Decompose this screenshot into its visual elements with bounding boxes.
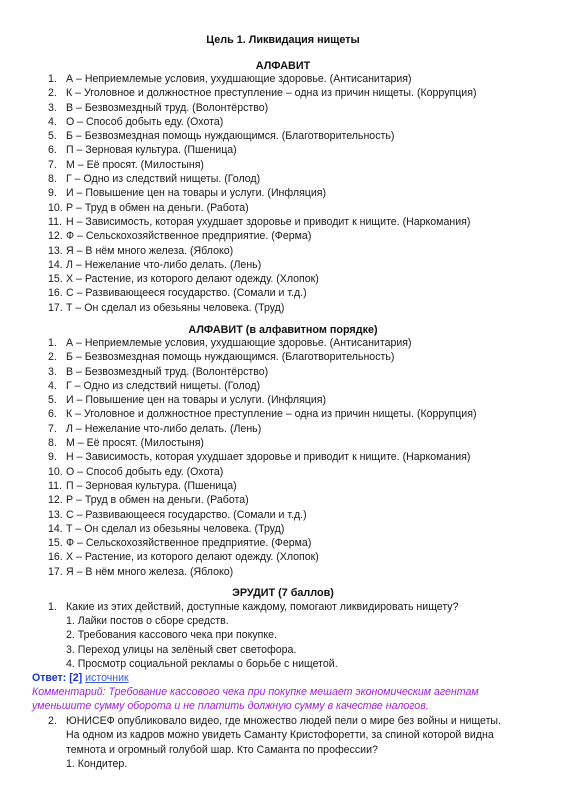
list-item: 15.Х – Растение, из которого делают одеж… — [48, 272, 476, 286]
item-number: 12. — [48, 229, 66, 243]
item-number: 12. — [48, 493, 66, 507]
item-number: 7. — [48, 158, 66, 172]
list-item: 12.Р – Труд в обмен на деньги. (Работа) — [48, 493, 476, 507]
item-text: Г – Одно из следствий нищеты. (Голод) — [66, 380, 260, 392]
list-item: 3.В – Безвозмездный труд. (Волонтёрство) — [48, 101, 476, 115]
list-item: 10.Р – Труд в обмен на деньги. (Работа) — [48, 201, 476, 215]
answer-option: 3. Переход улицы на зелёный свет светофо… — [66, 643, 338, 657]
item-number: 3. — [48, 101, 66, 115]
item-text: Р – Труд в обмен на деньги. (Работа) — [66, 202, 249, 214]
item-text: Н – Зависимость, которая ухудшает здоров… — [66, 216, 470, 228]
question-1-options: 1. Лайки постов о сборе средств.2. Требо… — [66, 614, 338, 671]
list-item: 1.А – Неприемлемые условия, ухудшающие з… — [48, 336, 476, 350]
question-1: 1.Какие из этих действий, доступные кажд… — [48, 600, 459, 614]
item-text: И – Повышение цен на товары и услуги. (И… — [66, 187, 326, 199]
list-item: 4.Г – Одно из следствий нищеты. (Голод) — [48, 379, 476, 393]
list-item: 17.Я – В нём много железа. (Яблоко) — [48, 565, 476, 579]
item-text: В – Безвозмездный труд. (Волонтёрство) — [66, 366, 268, 378]
item-number: 4. — [48, 115, 66, 129]
item-text: П – Зерновая культура. (Пшеница) — [66, 144, 237, 156]
item-text: Г – Одно из следствий нищеты. (Голод) — [66, 173, 260, 185]
list-item: 7.Л – Нежелание что-либо делать. (Лень) — [48, 422, 476, 436]
item-number: 16. — [48, 550, 66, 564]
item-text: П – Зерновая культура. (Пшеница) — [66, 480, 237, 492]
list-item: 6.П – Зерновая культура. (Пшеница) — [48, 143, 476, 157]
item-number: 13. — [48, 508, 66, 522]
item-number: 11. — [48, 215, 66, 229]
item-text: Х – Растение, из которого делают одежду.… — [66, 551, 319, 563]
item-text: А – Неприемлемые условия, ухудшающие здо… — [66, 73, 412, 85]
list-item: 11.Н – Зависимость, которая ухудшает здо… — [48, 215, 476, 229]
answer-option: 2. Требования кассового чека при покупке… — [66, 628, 338, 642]
list-item: 8.М – Её просят. (Милостыня) — [48, 436, 476, 450]
item-number: 17. — [48, 565, 66, 579]
item-text: Я – В нём много железа. (Яблоко) — [66, 245, 233, 257]
item-number: 13. — [48, 244, 66, 258]
item-text: Л – Нежелание что-либо делать. (Лень) — [66, 423, 261, 435]
item-text: И – Повышение цен на товары и услуги. (И… — [66, 394, 326, 406]
list-item: 16.Х – Растение, из которого делают одеж… — [48, 550, 476, 564]
answer-option: 4. Просмотр социальной рекламы о борьбе … — [66, 657, 338, 671]
list-item: 1.А – Неприемлемые условия, ухудшающие з… — [48, 72, 476, 86]
item-text: К – Уголовное и должностное преступление… — [66, 408, 476, 420]
item-text: С – Развивающееся государство. (Сомали и… — [66, 287, 307, 299]
question-2-options: 1. Кондитер. — [66, 757, 127, 771]
item-number: 5. — [48, 393, 66, 407]
item-number: 8. — [48, 436, 66, 450]
item-text: Б – Безвозмездная помощь нуждающимся. (Б… — [66, 351, 394, 363]
item-number: 6. — [48, 407, 66, 421]
list-item: 13.С – Развивающееся государство. (Сомал… — [48, 508, 476, 522]
item-number: 10. — [48, 201, 66, 215]
item-number: 5. — [48, 129, 66, 143]
item-text: Б – Безвозмездная помощь нуждающимся. (Б… — [66, 130, 394, 142]
item-number: 8. — [48, 172, 66, 186]
question-2-number: 2. — [48, 714, 57, 728]
alphabet-heading: АЛФАВИТ — [0, 60, 566, 72]
item-text: Л – Нежелание что-либо делать. (Лень) — [66, 259, 261, 271]
item-text: С – Развивающееся государство. (Сомали и… — [66, 509, 307, 521]
item-number: 2. — [48, 350, 66, 364]
item-number: 14. — [48, 522, 66, 536]
item-text: Ф – Сельскохозяйственное предприятие. (Ф… — [66, 230, 311, 242]
item-text: Т – Он сделал из обезьяны человека. (Тру… — [66, 523, 284, 535]
item-text: Я – В нём много железа. (Яблоко) — [66, 566, 233, 578]
item-number: 10. — [48, 465, 66, 479]
item-text: Н – Зависимость, которая ухудшает здоров… — [66, 451, 470, 463]
list-item: 16.С – Развивающееся государство. (Сомал… — [48, 286, 476, 300]
alphabet-sorted-heading: АЛФАВИТ (в алфавитном порядке) — [0, 324, 566, 336]
item-number: 1. — [48, 336, 66, 350]
list-item: 5.Б – Безвозмездная помощь нуждающимся. … — [48, 129, 476, 143]
item-text: О – Способ добыть еду. (Охота) — [66, 466, 223, 478]
item-text: Ф – Сельскохозяйственное предприятие. (Ф… — [66, 537, 311, 549]
item-number: 15. — [48, 536, 66, 550]
item-text: Т – Он сделал из обезьяны человека. (Тру… — [66, 302, 284, 314]
item-text: М – Её просят. (Милостыня) — [66, 437, 204, 449]
list-item: 5.И – Повышение цен на товары и услуги. … — [48, 393, 476, 407]
list-item: 2.Б – Безвозмездная помощь нуждающимся. … — [48, 350, 476, 364]
list-item: 12.Ф – Сельскохозяйственное предприятие.… — [48, 229, 476, 243]
item-text: А – Неприемлемые условия, ухудшающие здо… — [66, 337, 412, 349]
answer-comment: Комментарий: Требование кассового чека п… — [32, 685, 502, 714]
item-text: К – Уголовное и должностное преступление… — [66, 87, 476, 99]
list-item: 7.М – Её просят. (Милостыня) — [48, 158, 476, 172]
source-link[interactable]: источник — [85, 672, 129, 684]
list-item: 6.К – Уголовное и должностное преступлен… — [48, 407, 476, 421]
item-text: М – Её просят. (Милостыня) — [66, 159, 204, 171]
answer-line: Ответ: [2] источник — [32, 671, 129, 685]
list-item: 13.Я – В нём много железа. (Яблоко) — [48, 244, 476, 258]
item-number: 7. — [48, 422, 66, 436]
item-number: 14. — [48, 258, 66, 272]
item-text: О – Способ добыть еду. (Охота) — [66, 116, 223, 128]
list-item: 14.Т – Он сделал из обезьяны человека. (… — [48, 522, 476, 536]
answer-label: Ответ: [2] — [32, 672, 82, 684]
answer-option: 1. Кондитер. — [66, 757, 127, 771]
list-item: 9.Н – Зависимость, которая ухудшает здор… — [48, 450, 476, 464]
list-item: 2.К – Уголовное и должностное преступлен… — [48, 86, 476, 100]
document-page: Цель 1. Ликвидация нищеты АЛФАВИТ 1.А – … — [0, 0, 566, 800]
item-number: 6. — [48, 143, 66, 157]
item-number: 16. — [48, 286, 66, 300]
item-text: В – Безвозмездный труд. (Волонтёрство) — [66, 102, 268, 114]
item-number: 3. — [48, 365, 66, 379]
list-item: 3.В – Безвозмездный труд. (Волонтёрство) — [48, 365, 476, 379]
item-number: 9. — [48, 450, 66, 464]
list-item: 11.П – Зерновая культура. (Пшеница) — [48, 479, 476, 493]
item-number: 17. — [48, 301, 66, 315]
alphabet-list: 1.А – Неприемлемые условия, ухудшающие з… — [48, 72, 476, 315]
item-text: Х – Растение, из которого делают одежду.… — [66, 273, 319, 285]
list-item: 8.Г – Одно из следствий нищеты. (Голод) — [48, 172, 476, 186]
alphabet-sorted-list: 1.А – Неприемлемые условия, ухудшающие з… — [48, 336, 476, 579]
list-item: 4.О – Способ добыть еду. (Охота) — [48, 115, 476, 129]
list-item: 9.И – Повышение цен на товары и услуги. … — [48, 186, 476, 200]
erudite-heading: ЭРУДИТ (7 баллов) — [0, 587, 566, 599]
list-item: 10.О – Способ добыть еду. (Охота) — [48, 465, 476, 479]
page-title: Цель 1. Ликвидация нищеты — [0, 34, 566, 46]
item-number: 9. — [48, 186, 66, 200]
list-item: 17.Т – Он сделал из обезьяны человека. (… — [48, 301, 476, 315]
item-number: 2. — [48, 86, 66, 100]
list-item: 15.Ф – Сельскохозяйственное предприятие.… — [48, 536, 476, 550]
item-text: Р – Труд в обмен на деньги. (Работа) — [66, 494, 249, 506]
list-item: 14.Л – Нежелание что-либо делать. (Лень) — [48, 258, 476, 272]
item-number: 11. — [48, 479, 66, 493]
answer-option: 1. Лайки постов о сборе средств. — [66, 614, 338, 628]
item-number: 1. — [48, 72, 66, 86]
question-text: Какие из этих действий, доступные каждом… — [66, 601, 459, 613]
question-2-text: ЮНИСЕФ опубликовало видео, где множество… — [66, 714, 506, 757]
item-number: 4. — [48, 379, 66, 393]
question-number: 1. — [48, 600, 66, 614]
item-number: 15. — [48, 272, 66, 286]
